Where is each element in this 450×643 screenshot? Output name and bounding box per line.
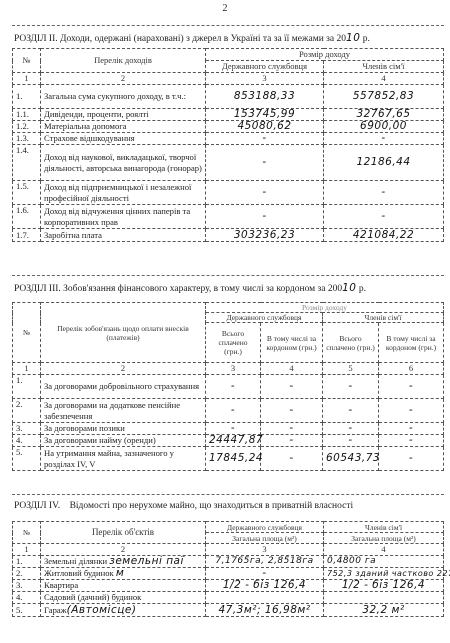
row-label-handwritten: земельні паї: [109, 555, 184, 567]
row-num: 3.: [13, 423, 41, 435]
official-value: [206, 592, 324, 604]
col-num-2: 2: [41, 73, 206, 85]
cell-value: -: [379, 435, 444, 447]
table-row: 5. Гараж(Автомісце) 47,3м²; 16,98м² 32,2…: [13, 604, 444, 617]
col-num-3: 3: [206, 73, 324, 85]
family-value: -: [324, 181, 444, 205]
section-4-title-text: Відомості про нерухоме майно, що знаходи…: [70, 501, 354, 511]
table-row: 1. Загальна сума сукупного доходу, в т.ч…: [13, 85, 444, 109]
header-abroad: В тому числі за кордоном (грн.): [379, 323, 444, 363]
row-num: 5.: [13, 447, 41, 471]
official-value: -: [206, 181, 324, 205]
row-label: Дивіденди, проценти, роялті: [41, 109, 206, 121]
row-label: Доход від відчуження цінних паперів та к…: [41, 205, 206, 229]
row-label: За договорами найму (оренди): [41, 435, 206, 447]
header-total-paid: Всього сплачено (грн.): [206, 323, 261, 363]
table-row: 1.2. Матеріальна допомога 45080,62 6900,…: [13, 121, 444, 133]
official-value: -: [206, 205, 324, 229]
section-3-obligations: РОЗДІЛ ІІІ. Зобов'язання фінансового хар…: [12, 275, 444, 471]
family-value: 12186,44: [324, 145, 444, 181]
header-size: Розмір доходу: [206, 303, 444, 313]
row-label: Доход від наукової, викладацької, творчо…: [41, 145, 206, 181]
page-number: 2: [0, 3, 450, 14]
section-4-title-prefix: РОЗДІЛ IV.: [14, 501, 60, 511]
row-num: 1.7.: [13, 229, 41, 242]
row-label: Житловий будинок м: [41, 568, 206, 580]
table-row: 5. На утримання майна, зазначеного у роз…: [13, 447, 444, 471]
family-value: -: [324, 133, 444, 145]
row-label: Заробітна плата: [41, 229, 206, 242]
row-num: 1.: [13, 375, 41, 399]
header-list: Перелік зобов'язань щодо оплати внесків …: [41, 303, 206, 363]
row-num: 2.: [13, 399, 41, 423]
section-3-year: 10: [342, 282, 356, 294]
table-row: 4. Садовий (дачний) будинок: [13, 592, 444, 604]
row-num: 5.: [13, 604, 41, 617]
header-family: Членів сім'ї: [323, 313, 444, 323]
section-4-real-estate: РОЗДІЛ IV. Відомості про нерухоме майно,…: [12, 494, 444, 617]
section-2-title: РОЗДІЛ ІІ. Доходи, одержані (нараховані)…: [12, 25, 444, 48]
row-num: 1.6.: [13, 205, 41, 229]
row-num: 2.: [13, 568, 41, 580]
cell-value: -: [379, 399, 444, 423]
section-3-title-suffix: р.: [359, 284, 366, 294]
cell-value: -: [323, 375, 379, 399]
cell-value: -: [323, 423, 379, 435]
col-num-1: 1: [13, 544, 41, 556]
family-value: 6900,00: [324, 121, 444, 133]
col-num-3: 3: [206, 544, 324, 556]
row-label: Земельні ділянки земельні паї: [41, 556, 206, 568]
col-num-4: 4: [261, 363, 323, 375]
row-label: Гараж(Автомісце): [41, 604, 206, 617]
real-estate-table: № Перелік об'єктів Державного службовця …: [12, 521, 444, 617]
family-value: -: [324, 205, 444, 229]
family-value: 32767,65: [324, 109, 444, 121]
official-value: -: [206, 145, 324, 181]
section-4-title: РОЗДІЛ IV. Відомості про нерухоме майно,…: [12, 494, 444, 515]
row-num: 4.: [13, 435, 41, 447]
col-num-6: 6: [379, 363, 444, 375]
section-2-income: РОЗДІЛ ІІ. Доходи, одержані (нараховані)…: [12, 25, 444, 242]
row-label: За договорами добровільного страхування: [41, 375, 206, 399]
header-size: Розмір доходу: [206, 49, 444, 61]
official-value: 1/2 - біз 126,4: [206, 580, 324, 592]
table-row: 1. За договорами добровільного страхуван…: [13, 375, 444, 399]
header-list: Перелік доходів: [41, 49, 206, 73]
family-value: [324, 592, 444, 604]
col-num-1: 1: [13, 363, 41, 375]
row-label-text: Гараж: [44, 605, 67, 615]
row-num: 1.1.: [13, 109, 41, 121]
income-table: № Перелік доходів Розмір доходу Державно…: [12, 48, 444, 242]
cell-value: -: [206, 399, 261, 423]
header-total-paid: Всього сплачено (грн.): [323, 323, 379, 363]
official-value: 45080,62: [206, 121, 324, 133]
table-row: 1.3. Страхове відшкодування - -: [13, 133, 444, 145]
cell-value: -: [261, 375, 323, 399]
family-value: 752,3 зданий частково 227,4: [324, 568, 444, 580]
official-value: 153745,99: [206, 109, 324, 121]
row-label-text: Квартира: [44, 580, 78, 590]
obligations-table: № Перелік зобов'язань щодо оплати внескі…: [12, 302, 444, 471]
row-label: Доход від підприємницької і незалежної п…: [41, 181, 206, 205]
col-num-2: 2: [41, 544, 206, 556]
row-num: 1.3.: [13, 133, 41, 145]
row-label-text: Земельні ділянки: [44, 556, 107, 566]
col-num-4: 4: [324, 544, 444, 556]
header-official: Державного службовця: [206, 522, 324, 533]
header-num: №: [13, 49, 41, 73]
header-family: Членів сім'ї: [324, 522, 444, 533]
row-num: 1.: [13, 556, 41, 568]
table-row: 1.4. Доход від наукової, викладацької, т…: [13, 145, 444, 181]
family-value: 421084,22: [324, 229, 444, 242]
col-num-1: 1: [13, 73, 41, 85]
table-row: 1. Земельні ділянки земельні паї 7,1765г…: [13, 556, 444, 568]
header-official: Державного службовця: [206, 61, 324, 73]
section-2-title-text: РОЗДІЛ ІІ. Доходи, одержані (нараховані)…: [14, 34, 346, 44]
row-num: 1.5.: [13, 181, 41, 205]
cell-value: -: [261, 399, 323, 423]
header-num: №: [13, 303, 41, 363]
row-label: Садовий (дачний) будинок: [41, 592, 206, 604]
official-value: 303236,23: [206, 229, 324, 242]
cell-value: -: [261, 447, 323, 471]
cell-value: -: [206, 423, 261, 435]
table-row: 1.1. Дивіденди, проценти, роялті 153745,…: [13, 109, 444, 121]
cell-value: 24447,87: [206, 435, 261, 447]
row-label: Страхове відшкодування: [41, 133, 206, 145]
table-row: 3. Квартира 1/2 - біз 126,4 1/2 - біз 12…: [13, 580, 444, 592]
section-2-title-suffix: р.: [363, 34, 370, 44]
table-row: 4. За договорами найму (оренди) 24447,87…: [13, 435, 444, 447]
row-label-handwritten: (Автомісце): [67, 604, 137, 616]
header-family: Членів сім'ї: [324, 61, 444, 73]
official-value: 853188,33: [206, 85, 324, 109]
col-num-4: 4: [324, 73, 444, 85]
row-label: Загальна сума сукупного доходу, в т.ч.:: [41, 85, 206, 109]
cell-value: -: [379, 447, 444, 471]
row-num: 1.: [13, 85, 41, 109]
cell-value: -: [261, 423, 323, 435]
official-value: 7,1765га, 2,8518га: [206, 556, 324, 568]
cell-value: -: [323, 435, 379, 447]
col-num-3: 3: [206, 363, 261, 375]
table-row: 1.5. Доход від підприємницької і незалеж…: [13, 181, 444, 205]
header-official: Державного службовця: [206, 313, 323, 323]
row-num: 4.: [13, 592, 41, 604]
official-value: 47,3м²; 16,98м²: [206, 604, 324, 617]
table-row: 1.6. Доход від відчуження цінних паперів…: [13, 205, 444, 229]
section-2-year: 10: [346, 32, 360, 44]
cell-value: -: [206, 375, 261, 399]
cell-value: -: [323, 399, 379, 423]
section-3-title: РОЗДІЛ ІІІ. Зобов'язання фінансового хар…: [12, 275, 444, 298]
cell-value: 60543,73: [323, 447, 379, 471]
col-num-2: 2: [41, 363, 206, 375]
header-abroad: В тому числі за кордоном (грн.): [261, 323, 323, 363]
row-num: 3.: [13, 580, 41, 592]
table-row: 2. Житловий будинок м - 752,3 зданий час…: [13, 568, 444, 580]
row-label: Матеріальна допомога: [41, 121, 206, 133]
row-label-text: Садовий (дачний) будинок: [44, 592, 141, 602]
row-num: 1.2.: [13, 121, 41, 133]
row-label: На утримання майна, зазначеного у розділ…: [41, 447, 206, 471]
family-value: 32,2 м²: [324, 604, 444, 617]
cell-value: -: [261, 435, 323, 447]
cell-value: -: [379, 375, 444, 399]
family-value: 1/2 - біз 126,4: [324, 580, 444, 592]
row-label: За договорами на додаткове пенсійне забе…: [41, 399, 206, 423]
header-list: Перелік об'єктів: [41, 522, 206, 544]
section-3-title-text: РОЗДІЛ ІІІ. Зобов'язання фінансового хар…: [14, 284, 342, 294]
cell-value: 17845,24: [206, 447, 261, 471]
official-value: -: [206, 133, 324, 145]
table-row: 2. За договорами на додаткове пенсійне з…: [13, 399, 444, 423]
family-value: 0,4800 га: [324, 556, 444, 568]
table-row: 1.7. Заробітна плата 303236,23 421084,22: [13, 229, 444, 242]
row-num: 1.4.: [13, 145, 41, 181]
row-label-text: Житловий будинок: [44, 568, 114, 578]
family-value: 557852,83: [324, 85, 444, 109]
header-area: Загальна площа (м²): [206, 533, 324, 544]
official-value: -: [206, 568, 324, 580]
header-area: Загальна площа (м²): [324, 533, 444, 544]
row-label-handwritten: м: [116, 567, 124, 579]
row-label: За договорами позики: [41, 423, 206, 435]
cell-value: -: [379, 423, 444, 435]
header-num: №: [13, 522, 41, 544]
row-label: Квартира: [41, 580, 206, 592]
table-row: 3. За договорами позики - - - -: [13, 423, 444, 435]
col-num-5: 5: [323, 363, 379, 375]
